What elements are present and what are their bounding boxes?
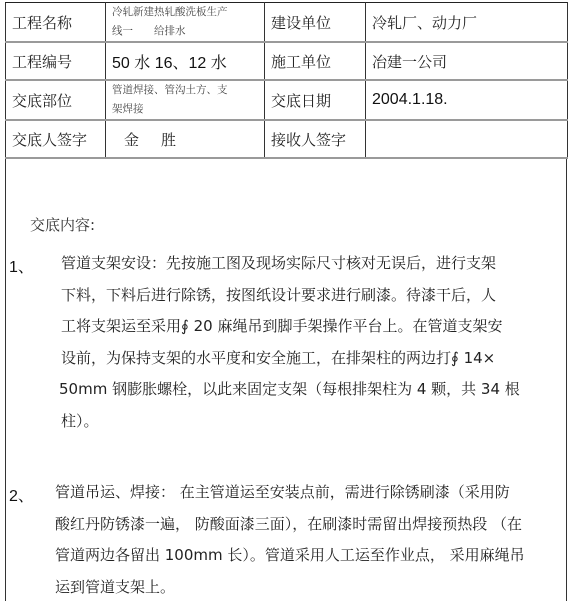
item-text: 管道支架安设：先按施工图及现场实际尺寸核对无误后，进行支架 下料，下料后进行除锈…	[61, 248, 520, 437]
project-name-line2: 线一 给排水	[112, 22, 258, 41]
signature-char-1: 金	[124, 131, 139, 149]
row-signatures: 交底人签字 金胜 接收人签字	[6, 120, 568, 158]
project-name-line1: 冷轧新建热轧酸洗板生产	[112, 3, 258, 22]
label-disclosure-part: 交底部位	[6, 80, 106, 120]
row-project-name: 工程名称 冷轧新建热轧酸洗板生产 线一 给排水 建设单位 冷轧厂、动力厂	[6, 3, 568, 43]
row-project-number: 工程编号 50 水 16、12 水 施工单位 冶建一公司	[6, 42, 568, 80]
text-line: 管道支架安设：先按施工图及现场实际尺寸核对无误后，进行支架	[61, 248, 520, 280]
label-project-name: 工程名称	[6, 3, 106, 43]
item-number: 2、	[9, 483, 34, 506]
content-label: 交底内容:	[30, 214, 95, 235]
disclosure-content: 交底内容: 1、 管道支架安设：先按施工图及现场实际尺寸核对无误后，进行支架 下…	[5, 159, 567, 601]
value-project-number: 50 水 16、12 水	[106, 42, 265, 80]
text-line: 设前，为保持支架的水平度和安全施工，在排架柱的两边打∮ 14×	[61, 343, 520, 375]
text-line: 管道吊运、焊接： 在主管道运至安装点前，需进行除锈刷漆（采用防	[55, 477, 525, 509]
signature-char-2: 胜	[161, 131, 176, 149]
label-disclosure-date: 交底日期	[265, 80, 366, 120]
label-project-number: 工程编号	[6, 42, 106, 80]
disclosure-part-line1: 管道焊接、管沟土方、支	[112, 81, 258, 100]
row-disclosure-part: 交底部位 管道焊接、管沟土方、支 架焊接 交底日期 2004.1.18.	[6, 80, 568, 120]
label-receiver-signature: 接收人签字	[265, 120, 366, 158]
item-text: 管道吊运、焊接： 在主管道运至安装点前，需进行除锈刷漆（采用防 酸红丹防锈漆一遍…	[55, 477, 525, 601]
label-contractor: 施工单位	[265, 42, 366, 80]
text-line: 酸红丹防锈漆一遍， 防酸面漆三面），在刷漆时需留出焊接预热段 （在	[55, 509, 525, 541]
text-line: 工将支架运至采用∮ 20 麻绳吊到脚手架操作平台上。在管道支架安	[61, 311, 520, 343]
value-receiver-signature[interactable]	[366, 120, 568, 158]
value-construction-owner: 冷轧厂、动力厂	[366, 3, 568, 43]
technical-disclosure-form: 工程名称 冷轧新建热轧酸洗板生产 线一 给排水 建设单位 冷轧厂、动力厂 工程编…	[5, 2, 567, 601]
label-discloser-signature: 交底人签字	[6, 120, 106, 158]
value-contractor: 冶建一公司	[366, 42, 568, 80]
value-project-name: 冷轧新建热轧酸洗板生产 线一 给排水	[106, 3, 265, 43]
disclosure-part-line2: 架焊接	[112, 100, 258, 119]
value-discloser-signature: 金胜	[106, 120, 265, 158]
text-line: 管道两边各留出 100mm 长）。管道采用人工运至作业点， 采用麻绳吊	[55, 540, 525, 572]
item-number: 1、	[9, 254, 34, 277]
text-line: 50mm 钢膨胀螺栓，以此来固定支架（每根排架柱为 4 颗，共 34 根	[59, 374, 520, 406]
text-line: 运到管道支架上。	[55, 572, 525, 601]
value-disclosure-date: 2004.1.18.	[366, 80, 568, 120]
text-line: 下料，下料后进行除锈，按图纸设计要求进行刷漆。待漆干后，人	[61, 280, 520, 312]
label-construction-owner: 建设单位	[265, 3, 366, 43]
text-line: 柱）。	[61, 406, 520, 438]
value-disclosure-part: 管道焊接、管沟土方、支 架焊接	[106, 80, 265, 120]
header-table: 工程名称 冷轧新建热轧酸洗板生产 线一 给排水 建设单位 冷轧厂、动力厂 工程编…	[5, 2, 568, 159]
